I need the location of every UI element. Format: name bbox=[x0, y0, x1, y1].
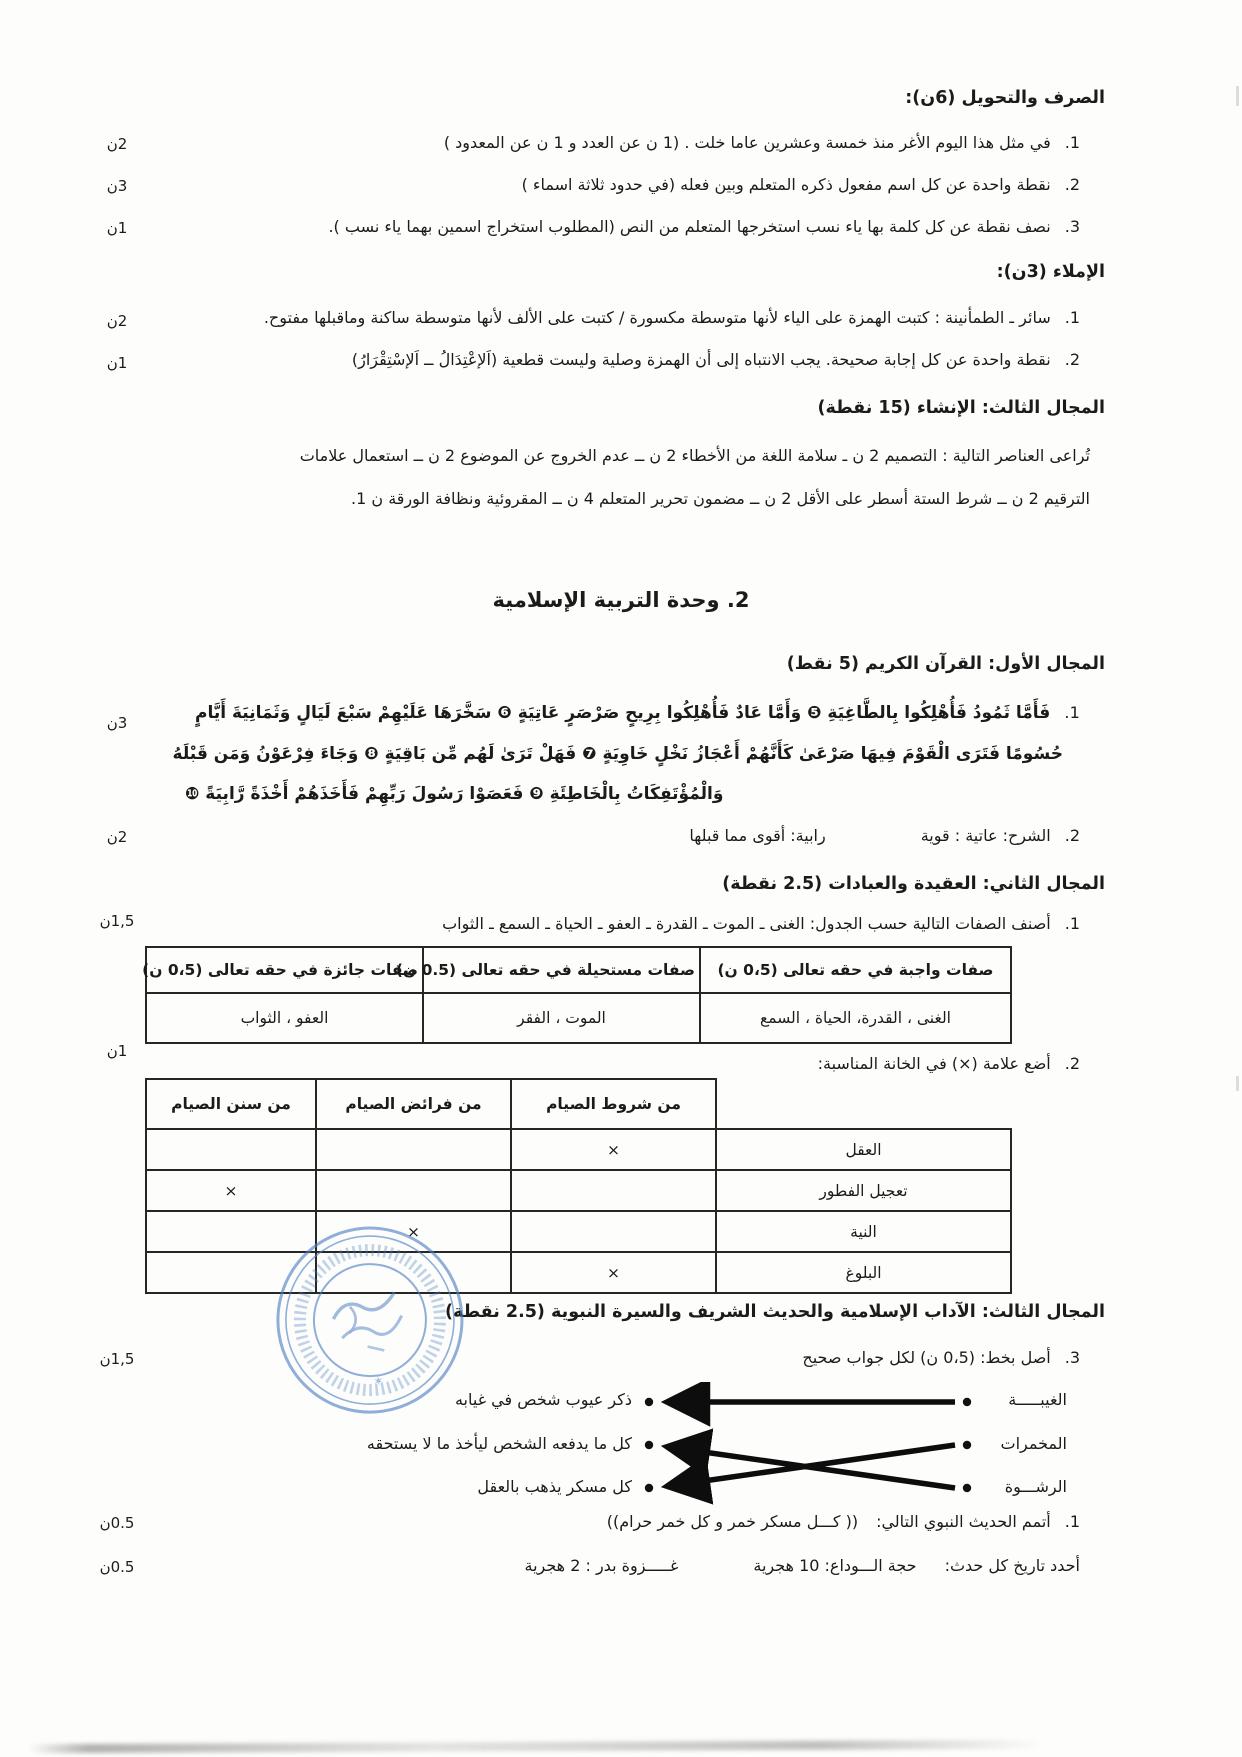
table-row: العقل × bbox=[146, 1129, 1011, 1170]
section-heading-morphology: الصرف والتحويل (6ن): bbox=[905, 88, 1105, 108]
hadith-answer: (( كـــل مسكر خمر و كل خمر حرام)) bbox=[607, 1512, 858, 1531]
margin-mark: 0.5ن bbox=[88, 1514, 146, 1532]
question-classify-attributes: 1.أصنف الصفات التالية حسب الجدول: الغنى … bbox=[442, 914, 1080, 933]
quran-verse-line: 1.فَأَمَّا ثَمُودُ فَأُهْلِكُوا بِالطَّا… bbox=[195, 703, 1080, 723]
attributes-header-mustahila: صفات مستحيلة في حقه تعالى (0.5 ن) bbox=[423, 947, 700, 993]
table-row: النية × bbox=[146, 1211, 1011, 1252]
item-number: 3. bbox=[1065, 1348, 1080, 1367]
fasting-check-cell bbox=[316, 1170, 511, 1211]
quran-verse-line: وَالْمُؤْتَفِكَاتُ بِالْخَاطِئَةِ ❾ فَعَ… bbox=[185, 784, 723, 804]
item-number: 1. bbox=[1065, 1512, 1080, 1531]
margin-mark: 0.5ن bbox=[88, 1558, 146, 1576]
fasting-check-cell bbox=[146, 1211, 316, 1252]
fasting-check-cell bbox=[316, 1129, 511, 1170]
fasting-check-cell: × bbox=[146, 1170, 316, 1211]
item-number: 3. bbox=[1065, 217, 1080, 236]
scan-edge-mark bbox=[1236, 86, 1239, 106]
item-text: في مثل هذا اليوم الأغر منذ خمسة وعشرين ع… bbox=[444, 133, 1051, 152]
fasting-row-label: النية bbox=[716, 1211, 1011, 1252]
table-row: البلوغ × bbox=[146, 1252, 1011, 1293]
hadith-completion-line: 1.أتمم الحديث النبوي التالي:(( كـــل مسك… bbox=[607, 1512, 1080, 1531]
item-number: 1. bbox=[1065, 308, 1080, 327]
fasting-header-shurut: من شروط الصيام bbox=[511, 1079, 716, 1129]
fasting-check-cell: × bbox=[511, 1252, 716, 1293]
matching-exercise: الغيبـــــة المخمرات الرشـــوة ذكر عيوب … bbox=[147, 1382, 1107, 1532]
grading-item: 1.في مثل هذا اليوم الأغر منذ خمسة وعشرين… bbox=[444, 133, 1080, 152]
attributes-header-wajiba: صفات واجبة في حقه تعالى (0،5 ن) bbox=[700, 947, 1011, 993]
item-text: سائر ـ الطمأنينة : كتبت الهمزة على الياء… bbox=[264, 308, 1051, 327]
attributes-header-jaiza: صفات جائزة في حقه تعالى (0،5 ن) bbox=[146, 947, 423, 993]
section-heading-composition: المجال الثالث: الإنشاء (15 نقطة) bbox=[817, 398, 1105, 418]
margin-mark: 3ن bbox=[88, 714, 146, 732]
fasting-check-cell bbox=[511, 1211, 716, 1252]
grading-item: 1.سائر ـ الطمأنينة : كتبت الهمزة على الي… bbox=[264, 308, 1080, 327]
margin-mark: 1,5ن bbox=[88, 912, 146, 930]
grading-item: 2.نقطة واحدة عن كل اسم مفعول ذكره المتعل… bbox=[522, 175, 1080, 194]
dates-line: أحدد تاريخ كل حدث:حجة الـــوداع: 10 هجري… bbox=[524, 1556, 1080, 1575]
question-text: أضع علامة (×) في الخانة المناسبة: bbox=[818, 1054, 1051, 1073]
fasting-row-label: العقل bbox=[716, 1129, 1011, 1170]
section-heading-dictation: الإملاء (3ن): bbox=[997, 262, 1105, 282]
attributes-cell-wajiba: الغنى ، القدرة، الحياة ، السمع bbox=[700, 993, 1011, 1043]
fasting-row-label: البلوغ bbox=[716, 1252, 1011, 1293]
dates-prompt: أحدد تاريخ كل حدث: bbox=[945, 1556, 1080, 1575]
scan-edge-mark bbox=[1236, 1076, 1239, 1091]
item-number: 1. bbox=[1065, 914, 1080, 933]
fasting-corner-cell bbox=[716, 1079, 1011, 1129]
fasting-table: من شروط الصيام من فرائض الصيام من سنن ال… bbox=[145, 1078, 1012, 1294]
scanned-exam-correction-page: 2ن 3ن 1ن 2ن 1ن 3ن 2ن 1,5ن 1ن 1,5ن 0.5ن 0… bbox=[0, 0, 1242, 1757]
explanation-2: رابية: أقوى مما قبلها bbox=[689, 826, 825, 845]
section-heading-adab-hadith-sira: المجال الثالث: الآداب الإسلامية والحديث … bbox=[445, 1302, 1105, 1322]
margin-mark: 2ن bbox=[88, 135, 146, 153]
item-number: 2. bbox=[1065, 175, 1080, 194]
section-heading-quran: المجال الأول: القرآن الكريم (5 نقط) bbox=[787, 654, 1105, 674]
fasting-check-cell bbox=[146, 1252, 316, 1293]
composition-criteria-line2: الترقيم 2 ن ــ شرط الستة أسطر على الأقل … bbox=[351, 489, 1090, 508]
attributes-cell-jaiza: العفو ، الثواب bbox=[146, 993, 423, 1043]
scan-smudge bbox=[28, 1740, 1043, 1753]
date-event-2: غـــــزوة بدر : 2 هجرية bbox=[524, 1556, 678, 1575]
fasting-check-cell bbox=[316, 1252, 511, 1293]
fasting-check-cell: × bbox=[511, 1129, 716, 1170]
question-checkbox-table: 2.أضع علامة (×) في الخانة المناسبة: bbox=[818, 1054, 1080, 1073]
item-text: نصف نقطة عن كل كلمة بها ياء نسب استخرجها… bbox=[328, 217, 1050, 236]
fasting-header-sunan: من سنن الصيام bbox=[146, 1079, 316, 1129]
item-number: 2. bbox=[1065, 350, 1080, 369]
matching-arrows bbox=[147, 1382, 1107, 1532]
hadith-prompt: أتمم الحديث النبوي التالي: bbox=[876, 1512, 1051, 1531]
explanation-1: الشرح: عاتية : قوية bbox=[921, 826, 1051, 845]
fasting-check-cell bbox=[146, 1129, 316, 1170]
date-event-1: حجة الـــوداع: 10 هجرية bbox=[753, 1556, 916, 1575]
attributes-table: صفات واجبة في حقه تعالى (0،5 ن) صفات مست… bbox=[145, 946, 1012, 1044]
item-text: نقطة واحدة عن كل إجابة صحيحة. يجب الانتب… bbox=[352, 350, 1051, 369]
item-text: نقطة واحدة عن كل اسم مفعول ذكره المتعلم … bbox=[522, 175, 1051, 194]
margin-mark: 3ن bbox=[88, 177, 146, 195]
question-matching: 3.أصل بخط: (0،5 ن) لكل جواب صحيح bbox=[802, 1348, 1080, 1367]
section-heading-creed-worship: المجال الثاني: العقيدة والعبادات (2.5 نق… bbox=[722, 874, 1105, 894]
grading-item: 2.نقطة واحدة عن كل إجابة صحيحة. يجب الان… bbox=[352, 350, 1080, 369]
fasting-row-label: تعجيل الفطور bbox=[716, 1170, 1011, 1211]
item-number: 1. bbox=[1065, 133, 1080, 152]
grading-item: 3.نصف نقطة عن كل كلمة بها ياء نسب استخرج… bbox=[328, 217, 1080, 236]
fasting-check-cell bbox=[511, 1170, 716, 1211]
table-row: تعجيل الفطور × bbox=[146, 1170, 1011, 1211]
margin-mark: 1ن bbox=[88, 354, 146, 372]
vocabulary-explanation-line: 2.الشرح: عاتية : قويةرابية: أقوى مما قبل… bbox=[689, 826, 1080, 845]
question-text: أصل بخط: (0،5 ن) لكل جواب صحيح bbox=[802, 1348, 1050, 1367]
quran-verse-line: حُسُومًا فَتَرَى الْقَوْمَ فِيهَا صَرْعَ… bbox=[173, 744, 1063, 764]
margin-mark: 1,5ن bbox=[88, 1350, 146, 1368]
composition-criteria-line1: تُراعى العناصر التالية : التصميم 2 ن ـ س… bbox=[300, 446, 1090, 465]
quran-text: فَأَمَّا ثَمُودُ فَأُهْلِكُوا بِالطَّاغِ… bbox=[195, 703, 1050, 723]
margin-mark: 2ن bbox=[88, 312, 146, 330]
fasting-header-faraid: من فرائض الصيام bbox=[316, 1079, 511, 1129]
margin-mark: 1ن bbox=[88, 219, 146, 237]
unit-title-islamic-education: 2. وحدة التربية الإسلامية bbox=[0, 588, 1242, 612]
question-text: أصنف الصفات التالية حسب الجدول: الغنى ـ … bbox=[442, 914, 1051, 933]
item-number: 2. bbox=[1065, 1054, 1080, 1073]
item-number: 2. bbox=[1065, 826, 1080, 845]
item-number: 1. bbox=[1064, 703, 1080, 722]
margin-mark: 1ن bbox=[88, 1042, 146, 1060]
attributes-cell-mustahila: الموت ، الفقر bbox=[423, 993, 700, 1043]
margin-mark: 2ن bbox=[88, 828, 146, 846]
fasting-check-cell: × bbox=[316, 1211, 511, 1252]
